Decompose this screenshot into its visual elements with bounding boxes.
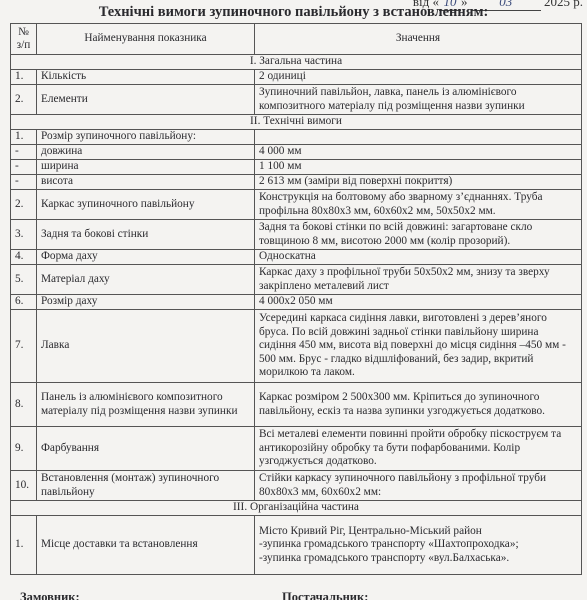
- row-number: -: [11, 175, 37, 190]
- row-indicator-name: Встановлення (монтаж) зупиночного павіль…: [37, 471, 255, 501]
- row-indicator-name: Каркас зупиночного павільйону: [37, 190, 255, 220]
- row-number: 1.: [11, 130, 37, 145]
- row-number: 7.: [11, 310, 37, 383]
- table-row: -висота2 613 мм (заміри від поверхні пок…: [11, 175, 582, 190]
- row-indicator-name: висота: [37, 175, 255, 190]
- row-value: Всі металеві елементи повинні пройти обр…: [255, 427, 582, 471]
- row-indicator-name: Фарбування: [37, 427, 255, 471]
- supplier-label: Постачальник:: [282, 590, 368, 600]
- row-indicator-name: ширина: [37, 160, 255, 175]
- row-indicator-name: довжина: [37, 145, 255, 160]
- row-value: Каркас розміром 2 500х300 мм. Кріпиться …: [255, 383, 582, 427]
- row-value: Зупиночний павільйон, лавка, панель із а…: [255, 85, 582, 115]
- row-indicator-name: Панель із алюмінієвого композитного мате…: [37, 383, 255, 427]
- row-value: Каркас даху з профільної труби 50х50х2 м…: [255, 265, 582, 295]
- row-number: 1.: [11, 516, 37, 575]
- table-row: 9.ФарбуванняВсі металеві елементи повинн…: [11, 427, 582, 471]
- row-number: 10.: [11, 471, 37, 501]
- document-title: Технічні вимоги зупиночного павільйону з…: [0, 4, 587, 21]
- table-row: 5.Матеріал дахуКаркас даху з профільної …: [11, 265, 582, 295]
- row-number: 2.: [11, 190, 37, 220]
- row-value: 4 000х2 050 мм: [255, 295, 582, 310]
- row-indicator-name: Розмір даху: [37, 295, 255, 310]
- row-number: 1.: [11, 70, 37, 85]
- table-body: І. Загальна частина1.Кількість2 одиниці2…: [11, 55, 582, 575]
- row-indicator-name: Розмір зупиночного павільйону:: [37, 130, 255, 145]
- row-number: 4.: [11, 250, 37, 265]
- row-value: [255, 130, 582, 145]
- row-number: 8.: [11, 383, 37, 427]
- row-indicator-name: Лавка: [37, 310, 255, 383]
- requirements-table: № з/п Найменування показника Значення І.…: [10, 23, 582, 575]
- section-header-row: ІІІ. Організаційна частина: [11, 501, 582, 516]
- table-row: 8.Панель із алюмінієвого композитного ма…: [11, 383, 582, 427]
- row-indicator-name: Форма даху: [37, 250, 255, 265]
- row-value: Конструкція на болтовому або зварному з’…: [255, 190, 582, 220]
- row-value: Усередині каркаса сидіння лавки, виготов…: [255, 310, 582, 383]
- row-number: 9.: [11, 427, 37, 471]
- row-value: 4 000 мм: [255, 145, 582, 160]
- row-indicator-name: Задня та бокові стінки: [37, 220, 255, 250]
- column-header-number: № з/п: [11, 24, 37, 55]
- table-row: 2.Каркас зупиночного павільйонуКонструкц…: [11, 190, 582, 220]
- row-number: 2.: [11, 85, 37, 115]
- section-header-row: ІІ. Технічні вимоги: [11, 115, 582, 130]
- row-indicator-name: Місце доставки та встановлення: [37, 516, 255, 575]
- row-value: Односкатна: [255, 250, 582, 265]
- column-header-value: Значення: [255, 24, 582, 55]
- column-header-name: Найменування показника: [37, 24, 255, 55]
- section-header-row: І. Загальна частина: [11, 55, 582, 70]
- table-row: 1.Розмір зупиночного павільйону:: [11, 130, 582, 145]
- table-header-row: № з/п Найменування показника Значення: [11, 24, 582, 55]
- row-number: 3.: [11, 220, 37, 250]
- customer-label: Замовник:: [20, 590, 80, 600]
- table-row: 2.ЕлементиЗупиночний павільйон, лавка, п…: [11, 85, 582, 115]
- table-row: 1.Місце доставки та встановленняМісто Кр…: [11, 516, 582, 575]
- row-number: -: [11, 160, 37, 175]
- row-value: 2 одиниці: [255, 70, 582, 85]
- row-number: -: [11, 145, 37, 160]
- table-row: 3.Задня та бокові стінкиЗадня та бокові …: [11, 220, 582, 250]
- row-number: 5.: [11, 265, 37, 295]
- row-value: Задня та бокові стінки по всій довжині: …: [255, 220, 582, 250]
- row-indicator-name: Елементи: [37, 85, 255, 115]
- table-row: -ширина1 100 мм: [11, 160, 582, 175]
- section-title: ІІІ. Організаційна частина: [11, 501, 582, 516]
- table-row: 10.Встановлення (монтаж) зупиночного пав…: [11, 471, 582, 501]
- row-indicator-name: Матеріал даху: [37, 265, 255, 295]
- row-value: Місто Кривий Ріг, Центрально-Міський рай…: [255, 516, 582, 575]
- row-number: 6.: [11, 295, 37, 310]
- table-row: 7.ЛавкаУсередині каркаса сидіння лавки, …: [11, 310, 582, 383]
- table-row: 6.Розмір даху4 000х2 050 мм: [11, 295, 582, 310]
- row-value: 1 100 мм: [255, 160, 582, 175]
- row-value: Стійки каркасу зупиночного павільйону з …: [255, 471, 582, 501]
- table-row: 4.Форма дахуОдноскатна: [11, 250, 582, 265]
- row-value: 2 613 мм (заміри від поверхні покриття): [255, 175, 582, 190]
- table-row: 1.Кількість2 одиниці: [11, 70, 582, 85]
- table-row: -довжина4 000 мм: [11, 145, 582, 160]
- row-indicator-name: Кількість: [37, 70, 255, 85]
- section-title: І. Загальна частина: [11, 55, 582, 70]
- section-title: ІІ. Технічні вимоги: [11, 115, 582, 130]
